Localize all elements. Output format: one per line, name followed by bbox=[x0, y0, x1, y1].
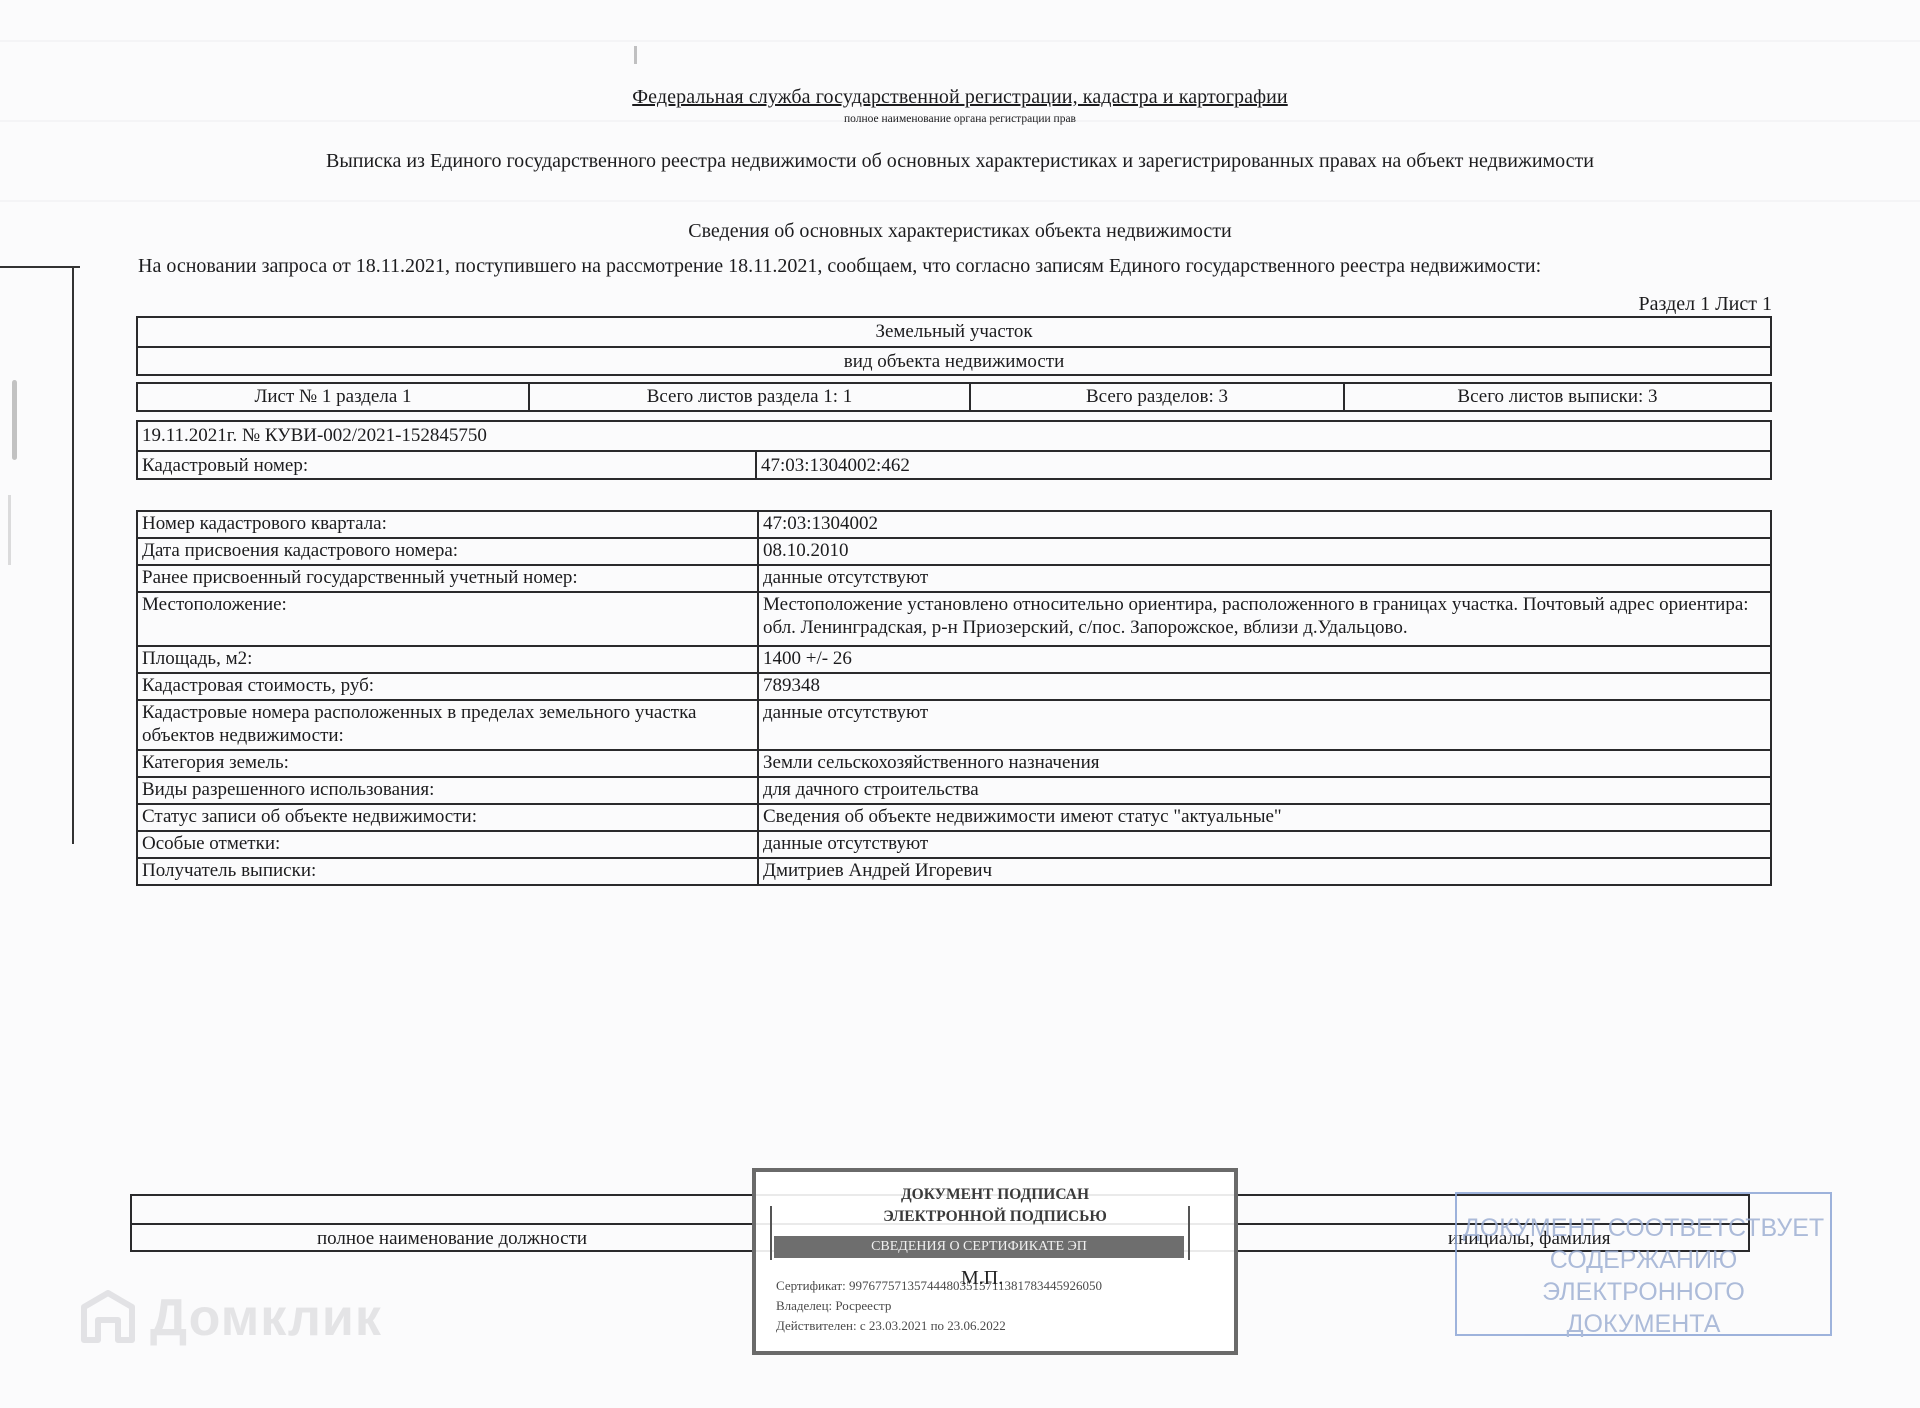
certificate-owner: Владелец: Росреестр bbox=[776, 1296, 1102, 1316]
property-value: Сведения об объекте недвижимости имеют с… bbox=[758, 804, 1771, 831]
property-value: 1400 +/- 26 bbox=[758, 646, 1771, 673]
cadastral-number-label: Кадастровый номер: bbox=[138, 452, 757, 480]
property-value: Земли сельскохозяйственного назначения bbox=[758, 750, 1771, 777]
org-caption: полное наименование органа регистрации п… bbox=[0, 113, 1920, 125]
position-caption: полное наименование должности bbox=[132, 1225, 772, 1252]
sheet-number: Лист № 1 раздела 1 bbox=[138, 384, 530, 410]
scan-mark bbox=[634, 46, 637, 64]
table-row: Площадь, м2: 1400 +/- 26 bbox=[137, 646, 1771, 673]
property-label: Статус записи об объекте недвижимости: bbox=[137, 804, 758, 831]
verification-stamp-line: СОДЕРЖАНИЮ ЭЛЕКТРОННОГО bbox=[1457, 1244, 1830, 1308]
certificate-info-band: СВЕДЕНИЯ О СЕРТИФИКАТЕ ЭП bbox=[774, 1236, 1184, 1258]
table-row: Особые отметки: данные отсутствуют bbox=[137, 831, 1771, 858]
table-row: Получатель выписки: Дмитриев Андрей Игор… bbox=[137, 858, 1771, 885]
certificate-number: Сертификат: 9976775713574448035157113817… bbox=[776, 1276, 1102, 1296]
property-value: данные отсутствуют bbox=[758, 565, 1771, 592]
scan-edge-rule bbox=[0, 266, 80, 268]
certificate-details: Сертификат: 9976775713574448035157113817… bbox=[776, 1276, 1102, 1336]
sheet-reference: Раздел 1 Лист 1 bbox=[1639, 293, 1772, 316]
property-value: данные отсутствуют bbox=[758, 831, 1771, 858]
scan-smudge bbox=[12, 380, 17, 460]
object-type: Земельный участок bbox=[138, 318, 1770, 348]
property-value: Местоположение установлено относительно … bbox=[758, 592, 1771, 646]
verification-stamp-line: ДОКУМЕНТА bbox=[1457, 1308, 1830, 1340]
property-value: 47:03:1304002 bbox=[758, 511, 1771, 538]
table-row: Местоположение: Местоположение установле… bbox=[137, 592, 1771, 646]
property-value: для дачного строительства bbox=[758, 777, 1771, 804]
request-line: На основании запроса от 18.11.2021, пост… bbox=[138, 255, 1541, 278]
scan-edge-rule bbox=[72, 268, 74, 844]
object-type-caption: вид объекта недвижимости bbox=[138, 348, 1770, 376]
verification-stamp-line: ДОКУМЕНТ СООТВЕТСТВУЕТ bbox=[1457, 1212, 1830, 1244]
properties-table: Номер кадастрового квартала: 47:03:13040… bbox=[136, 510, 1772, 886]
property-value: 08.10.2010 bbox=[758, 538, 1771, 565]
property-value: Дмитриев Андрей Игоревич bbox=[758, 858, 1771, 885]
scan-smudge bbox=[8, 495, 11, 565]
property-label: Особые отметки: bbox=[137, 831, 758, 858]
property-label: Категория земель: bbox=[137, 750, 758, 777]
table-row: Виды разрешенного использования: для дач… bbox=[137, 777, 1771, 804]
table-row: Номер кадастрового квартала: 47:03:13040… bbox=[137, 511, 1771, 538]
stamp-title: ДОКУМЕНТ ПОДПИСАН bbox=[756, 1186, 1234, 1204]
property-label: Получатель выписки: bbox=[137, 858, 758, 885]
table-row: Дата присвоения кадастрового номера: 08.… bbox=[137, 538, 1771, 565]
scan-artifact bbox=[0, 40, 1920, 42]
watermark: Домклик bbox=[80, 1288, 382, 1348]
table-row: Категория земель: Земли сельскохозяйстве… bbox=[137, 750, 1771, 777]
property-label: Номер кадастрового квартала: bbox=[137, 511, 758, 538]
document-title: Выписка из Единого государственного реес… bbox=[0, 150, 1920, 173]
scan-artifact bbox=[0, 200, 1920, 202]
object-type-box: Земельный участок вид объекта недвижимос… bbox=[136, 316, 1772, 376]
seal-mark: М.П. bbox=[961, 1267, 1003, 1290]
section-sheets-total: Всего листов раздела 1: 1 bbox=[530, 384, 971, 410]
table-row: Кадастровая стоимость, руб: 789348 bbox=[137, 673, 1771, 700]
property-value: 789348 bbox=[758, 673, 1771, 700]
domclick-logo-icon bbox=[80, 1290, 136, 1346]
record-box: 19.11.2021г. № КУВИ-002/2021-152845750 К… bbox=[136, 420, 1772, 480]
certificate-validity: Действителен: с 23.03.2021 по 23.06.2022 bbox=[776, 1316, 1102, 1336]
property-label: Местоположение: bbox=[137, 592, 758, 646]
property-label: Дата присвоения кадастрового номера: bbox=[137, 538, 758, 565]
request-number: 19.11.2021г. № КУВИ-002/2021-152845750 bbox=[138, 422, 1770, 452]
property-label: Виды разрешенного использования: bbox=[137, 777, 758, 804]
cadastral-number-value: 47:03:1304002:462 bbox=[757, 452, 1770, 480]
e-signature-stamp: ДОКУМЕНТ ПОДПИСАН ЭЛЕКТРОННОЙ ПОДПИСЬЮ С… bbox=[752, 1168, 1238, 1355]
property-label: Ранее присвоенный государственный учетны… bbox=[137, 565, 758, 592]
table-row: Статус записи об объекте недвижимости: С… bbox=[137, 804, 1771, 831]
property-value: данные отсутствуют bbox=[758, 700, 1771, 750]
property-label: Площадь, м2: bbox=[137, 646, 758, 673]
watermark-text: Домклик bbox=[150, 1288, 382, 1348]
property-label: Кадастровые номера расположенных в преде… bbox=[137, 700, 758, 750]
sheet-info-row: Лист № 1 раздела 1 Всего листов раздела … bbox=[136, 382, 1772, 412]
table-row: Кадастровые номера расположенных в преде… bbox=[137, 700, 1771, 750]
sections-total: Всего разделов: 3 bbox=[971, 384, 1345, 410]
property-label: Кадастровая стоимость, руб: bbox=[137, 673, 758, 700]
extract-sheets-total: Всего листов выписки: 3 bbox=[1345, 384, 1770, 410]
verification-stamp: ДОКУМЕНТ СООТВЕТСТВУЕТ СОДЕРЖАНИЮ ЭЛЕКТР… bbox=[1455, 1192, 1832, 1336]
table-row: Ранее присвоенный государственный учетны… bbox=[137, 565, 1771, 592]
org-name: Федеральная служба государственной регис… bbox=[0, 86, 1920, 109]
stamp-subtitle: ЭЛЕКТРОННОЙ ПОДПИСЬЮ bbox=[756, 1208, 1234, 1226]
section-title: Сведения об основных характеристиках объ… bbox=[0, 220, 1920, 243]
